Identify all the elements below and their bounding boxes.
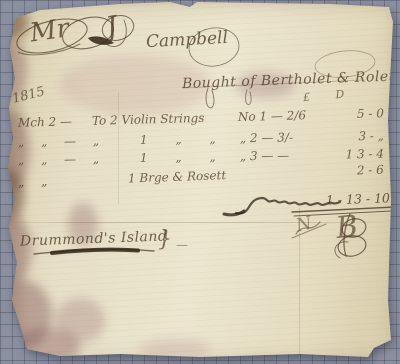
row-date: Mch 2 — bbox=[18, 114, 72, 129]
receipt-paper: Mr J Campbell Bought of Bertholet & Role… bbox=[0, 0, 400, 364]
row-amount: 2 - 6 bbox=[296, 163, 384, 180]
row-description: To 2 Violin Strings bbox=[92, 111, 205, 128]
photo-mat: Mr J Campbell Bought of Bertholet & Role… bbox=[0, 0, 400, 364]
stain-bottom-left-2 bbox=[55, 298, 105, 343]
row-amount: 1 3 - 4 bbox=[296, 147, 384, 163]
stain-bottom-center bbox=[140, 338, 210, 360]
signature-initial-b: B bbox=[334, 209, 360, 246]
row-description: 1 „ „ bbox=[140, 150, 216, 165]
addressee-prefix: Mr bbox=[28, 13, 71, 48]
row-description: 1 „ „ bbox=[140, 132, 216, 147]
row-size-price: „ 2 — 3/- bbox=[240, 130, 293, 145]
place-dash: — bbox=[176, 238, 188, 252]
addressee-surname: Campbell bbox=[146, 28, 229, 52]
row-date: „ „ — „ bbox=[18, 134, 99, 149]
paper-wrap: Mr J Campbell Bought of Bertholet & Role… bbox=[0, 0, 400, 364]
row-date: „ „ — „ bbox=[18, 152, 99, 167]
row-amount: 3 - „ bbox=[296, 129, 384, 145]
row-amount: 5 - 0 bbox=[296, 106, 384, 122]
row-size-price: „ 3 — — bbox=[240, 148, 290, 163]
row-description: 1 Brge & Rosett bbox=[128, 168, 227, 185]
place-brace: } bbox=[158, 227, 172, 252]
row-date: „ „ bbox=[18, 174, 48, 189]
